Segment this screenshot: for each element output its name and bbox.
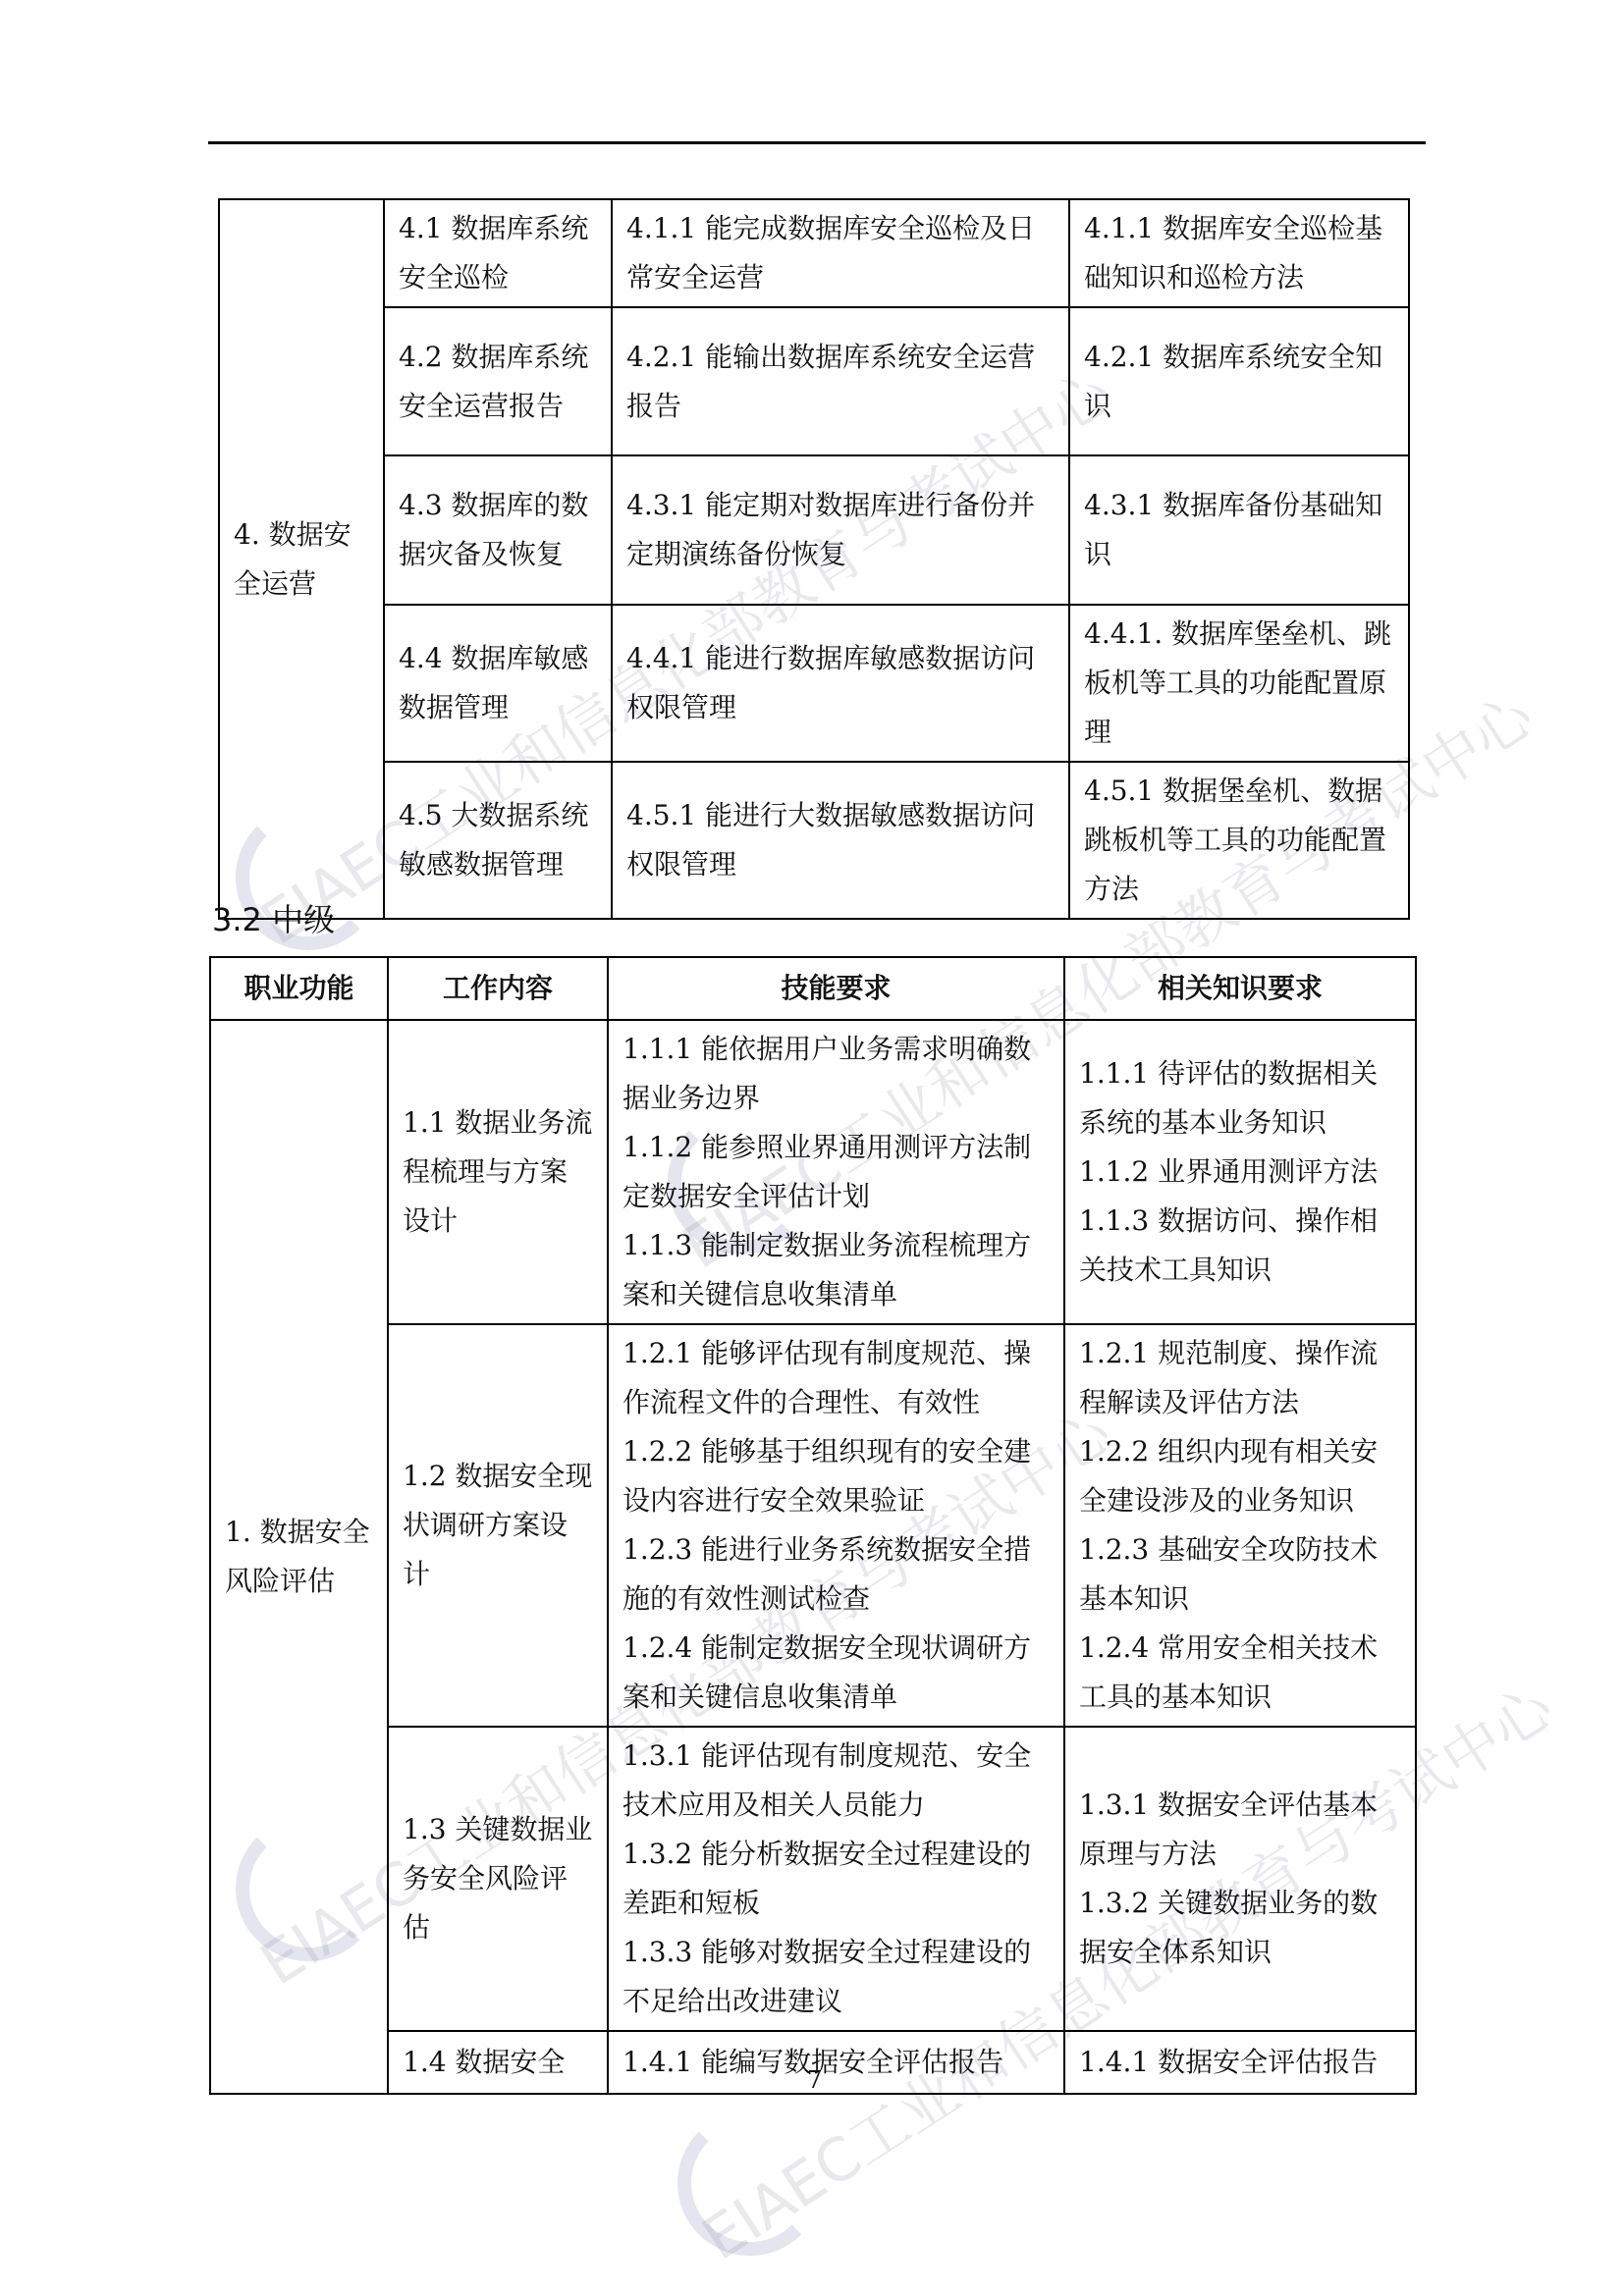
skill-item: 1.1.1 能依据用户业务需求明确数据业务边界: [623, 1025, 1050, 1123]
knowledge-item: 4.3.1 数据库备份基础知识: [1084, 481, 1394, 579]
skill-item: 1.3.3 能够对数据安全过程建设的不足给出改进建议: [623, 1928, 1050, 2026]
table-row: 1.3 关键数据业务安全风险评估 1.3.1 能评估现有制度规范、安全技术应用及…: [210, 1727, 1416, 2031]
knowledge-item: 1.1.3 数据访问、操作相关技术工具知识: [1079, 1197, 1401, 1295]
column-header-content: 工作内容: [388, 957, 608, 1020]
content-cell: 1.2 数据安全现状调研方案设计: [388, 1324, 608, 1727]
knowledge-cell: 4.2.1 数据库系统安全知识: [1069, 307, 1409, 455]
skill-item: 1.2.1 能够评估现有制度规范、操作流程文件的合理性、有效性: [623, 1329, 1050, 1427]
watermark-logo-icon: [677, 2110, 823, 2256]
table-header-row: 职业功能 工作内容 技能要求 相关知识要求: [210, 957, 1416, 1020]
skill-item: 1.3.1 能评估现有制度规范、安全技术应用及相关人员能力: [623, 1732, 1050, 1830]
knowledge-cell: 1.1.1 待评估的数据相关系统的基本业务知识 1.1.2 业界通用测评方法 1…: [1064, 1020, 1416, 1324]
knowledge-item: 1.2.1 规范制度、操作流程解读及评估方法: [1079, 1329, 1401, 1427]
knowledge-item: 1.4.1 数据安全评估报告: [1079, 2038, 1401, 2087]
skills-cell: 4.4.1 能进行数据库敏感数据访问权限管理: [612, 605, 1069, 762]
function-cell: 1. 数据安全风险评估: [210, 1020, 388, 2094]
skill-item: 1.2.3 能进行业务系统数据安全措施的有效性测试检查: [623, 1525, 1050, 1624]
skill-item: 1.1.2 能参照业界通用测评方法制定数据安全评估计划: [623, 1123, 1050, 1221]
skills-cell: 4.1.1 能完成数据库安全巡检及日常安全运营: [612, 199, 1069, 307]
knowledge-item: 1.2.3 基础安全攻防技术基本知识: [1079, 1525, 1401, 1624]
skills-cell: 1.4.1 能编写数据安全评估报告: [608, 2031, 1064, 2094]
skills-table-intermediate: 职业功能 工作内容 技能要求 相关知识要求 1. 数据安全风险评估 1.1 数据…: [209, 956, 1417, 2095]
knowledge-item: 1.2.2 组织内现有相关安全建设涉及的业务知识: [1079, 1427, 1401, 1525]
content-cell: 4.4 数据库敏感数据管理: [384, 605, 612, 762]
table-row: 4. 数据安全运营 4.1 数据库系统安全巡检 4.1.1 能完成数据库安全巡检…: [219, 199, 1409, 307]
table-row: 4.5 大数据系统敏感数据管理 4.5.1 能进行大数据敏感数据访问权限管理 4…: [219, 762, 1409, 919]
section-title: 3.2 中级: [212, 895, 335, 940]
knowledge-item: 1.2.4 常用安全相关技术工具的基本知识: [1079, 1624, 1401, 1722]
skill-item: 1.3.2 能分析数据安全过程建设的差距和短板: [623, 1830, 1050, 1928]
skill-item: 4.3.1 能定期对数据库进行备份并定期演练备份恢复: [626, 481, 1055, 579]
content-cell: 1.4 数据安全: [388, 2031, 608, 2094]
skills-cell: 4.3.1 能定期对数据库进行备份并定期演练备份恢复: [612, 455, 1069, 605]
knowledge-item: 1.1.1 待评估的数据相关系统的基本业务知识: [1079, 1049, 1401, 1148]
column-header-function: 职业功能: [210, 957, 388, 1020]
knowledge-item: 1.3.1 数据安全评估基本原理与方法: [1079, 1781, 1401, 1879]
content-cell: 4.2 数据库系统安全运营报告: [384, 307, 612, 455]
content-cell: 1.3 关键数据业务安全风险评估: [388, 1727, 608, 2031]
skill-item: 4.5.1 能进行大数据敏感数据访问权限管理: [626, 791, 1055, 889]
knowledge-item: 4.4.1. 数据库堡垒机、跳板机等工具的功能配置原理: [1084, 610, 1394, 757]
content-cell: 4.3 数据库的数据灾备及恢复: [384, 455, 612, 605]
skill-item: 1.1.3 能制定数据业务流程梳理方案和关键信息收集清单: [623, 1221, 1050, 1319]
knowledge-item: 4.2.1 数据库系统安全知识: [1084, 333, 1394, 431]
knowledge-item: 4.1.1 数据库安全巡检基础知识和巡检方法: [1084, 204, 1394, 302]
knowledge-cell: 1.3.1 数据安全评估基本原理与方法 1.3.2 关键数据业务的数据安全体系知…: [1064, 1727, 1416, 2031]
skills-cell: 4.5.1 能进行大数据敏感数据访问权限管理: [612, 762, 1069, 919]
skill-item: 4.2.1 能输出数据库系统安全运营报告: [626, 333, 1055, 431]
skill-item: 1.2.2 能够基于组织现有的安全建设内容进行安全效果验证: [623, 1427, 1050, 1525]
table-row: 4.2 数据库系统安全运营报告 4.2.1 能输出数据库系统安全运营报告 4.2…: [219, 307, 1409, 455]
knowledge-cell: 1.2.1 规范制度、操作流程解读及评估方法 1.2.2 组织内现有相关安全建设…: [1064, 1324, 1416, 1727]
skills-cell: 4.2.1 能输出数据库系统安全运营报告: [612, 307, 1069, 455]
skill-item: 1.4.1 能编写数据安全评估报告: [623, 2038, 1050, 2087]
skills-table-primary-continued: 4. 数据安全运营 4.1 数据库系统安全巡检 4.1.1 能完成数据库安全巡检…: [218, 198, 1410, 920]
table-row: 1. 数据安全风险评估 1.1 数据业务流程梳理与方案设计 1.1.1 能依据用…: [210, 1020, 1416, 1324]
column-header-skills: 技能要求: [608, 957, 1064, 1020]
content-cell: 4.5 大数据系统敏感数据管理: [384, 762, 612, 919]
knowledge-cell: 4.4.1. 数据库堡垒机、跳板机等工具的功能配置原理: [1069, 605, 1409, 762]
skills-cell: 1.1.1 能依据用户业务需求明确数据业务边界 1.1.2 能参照业界通用测评方…: [608, 1020, 1064, 1324]
function-cell: 4. 数据安全运营: [219, 199, 384, 919]
knowledge-cell: 4.3.1 数据库备份基础知识: [1069, 455, 1409, 605]
page-header-rule: [208, 141, 1426, 144]
table-row: 4.4 数据库敏感数据管理 4.4.1 能进行数据库敏感数据访问权限管理 4.4…: [219, 605, 1409, 762]
knowledge-item: 1.1.2 业界通用测评方法: [1079, 1148, 1401, 1197]
content-cell: 4.1 数据库系统安全巡检: [384, 199, 612, 307]
column-header-knowledge: 相关知识要求: [1064, 957, 1416, 1020]
skill-item: 4.1.1 能完成数据库安全巡检及日常安全运营: [626, 204, 1055, 302]
content-cell: 1.1 数据业务流程梳理与方案设计: [388, 1020, 608, 1324]
skills-cell: 1.2.1 能够评估现有制度规范、操作流程文件的合理性、有效性 1.2.2 能够…: [608, 1324, 1064, 1727]
table-row: 1.2 数据安全现状调研方案设计 1.2.1 能够评估现有制度规范、操作流程文件…: [210, 1324, 1416, 1727]
knowledge-cell: 1.4.1 数据安全评估报告: [1064, 2031, 1416, 2094]
knowledge-item: 4.5.1 数据堡垒机、数据跳板机等工具的功能配置方法: [1084, 767, 1394, 914]
skill-item: 4.4.1 能进行数据库敏感数据访问权限管理: [626, 634, 1055, 732]
knowledge-cell: 4.5.1 数据堡垒机、数据跳板机等工具的功能配置方法: [1069, 762, 1409, 919]
skills-cell: 1.3.1 能评估现有制度规范、安全技术应用及相关人员能力 1.3.2 能分析数…: [608, 1727, 1064, 2031]
knowledge-item: 1.3.2 关键数据业务的数据安全体系知识: [1079, 1879, 1401, 1977]
knowledge-cell: 4.1.1 数据库安全巡检基础知识和巡检方法: [1069, 199, 1409, 307]
page-number: 7: [807, 2066, 822, 2094]
skill-item: 1.2.4 能制定数据安全现状调研方案和关键信息收集清单: [623, 1624, 1050, 1722]
table-row: 4.3 数据库的数据灾备及恢复 4.3.1 能定期对数据库进行备份并定期演练备份…: [219, 455, 1409, 605]
